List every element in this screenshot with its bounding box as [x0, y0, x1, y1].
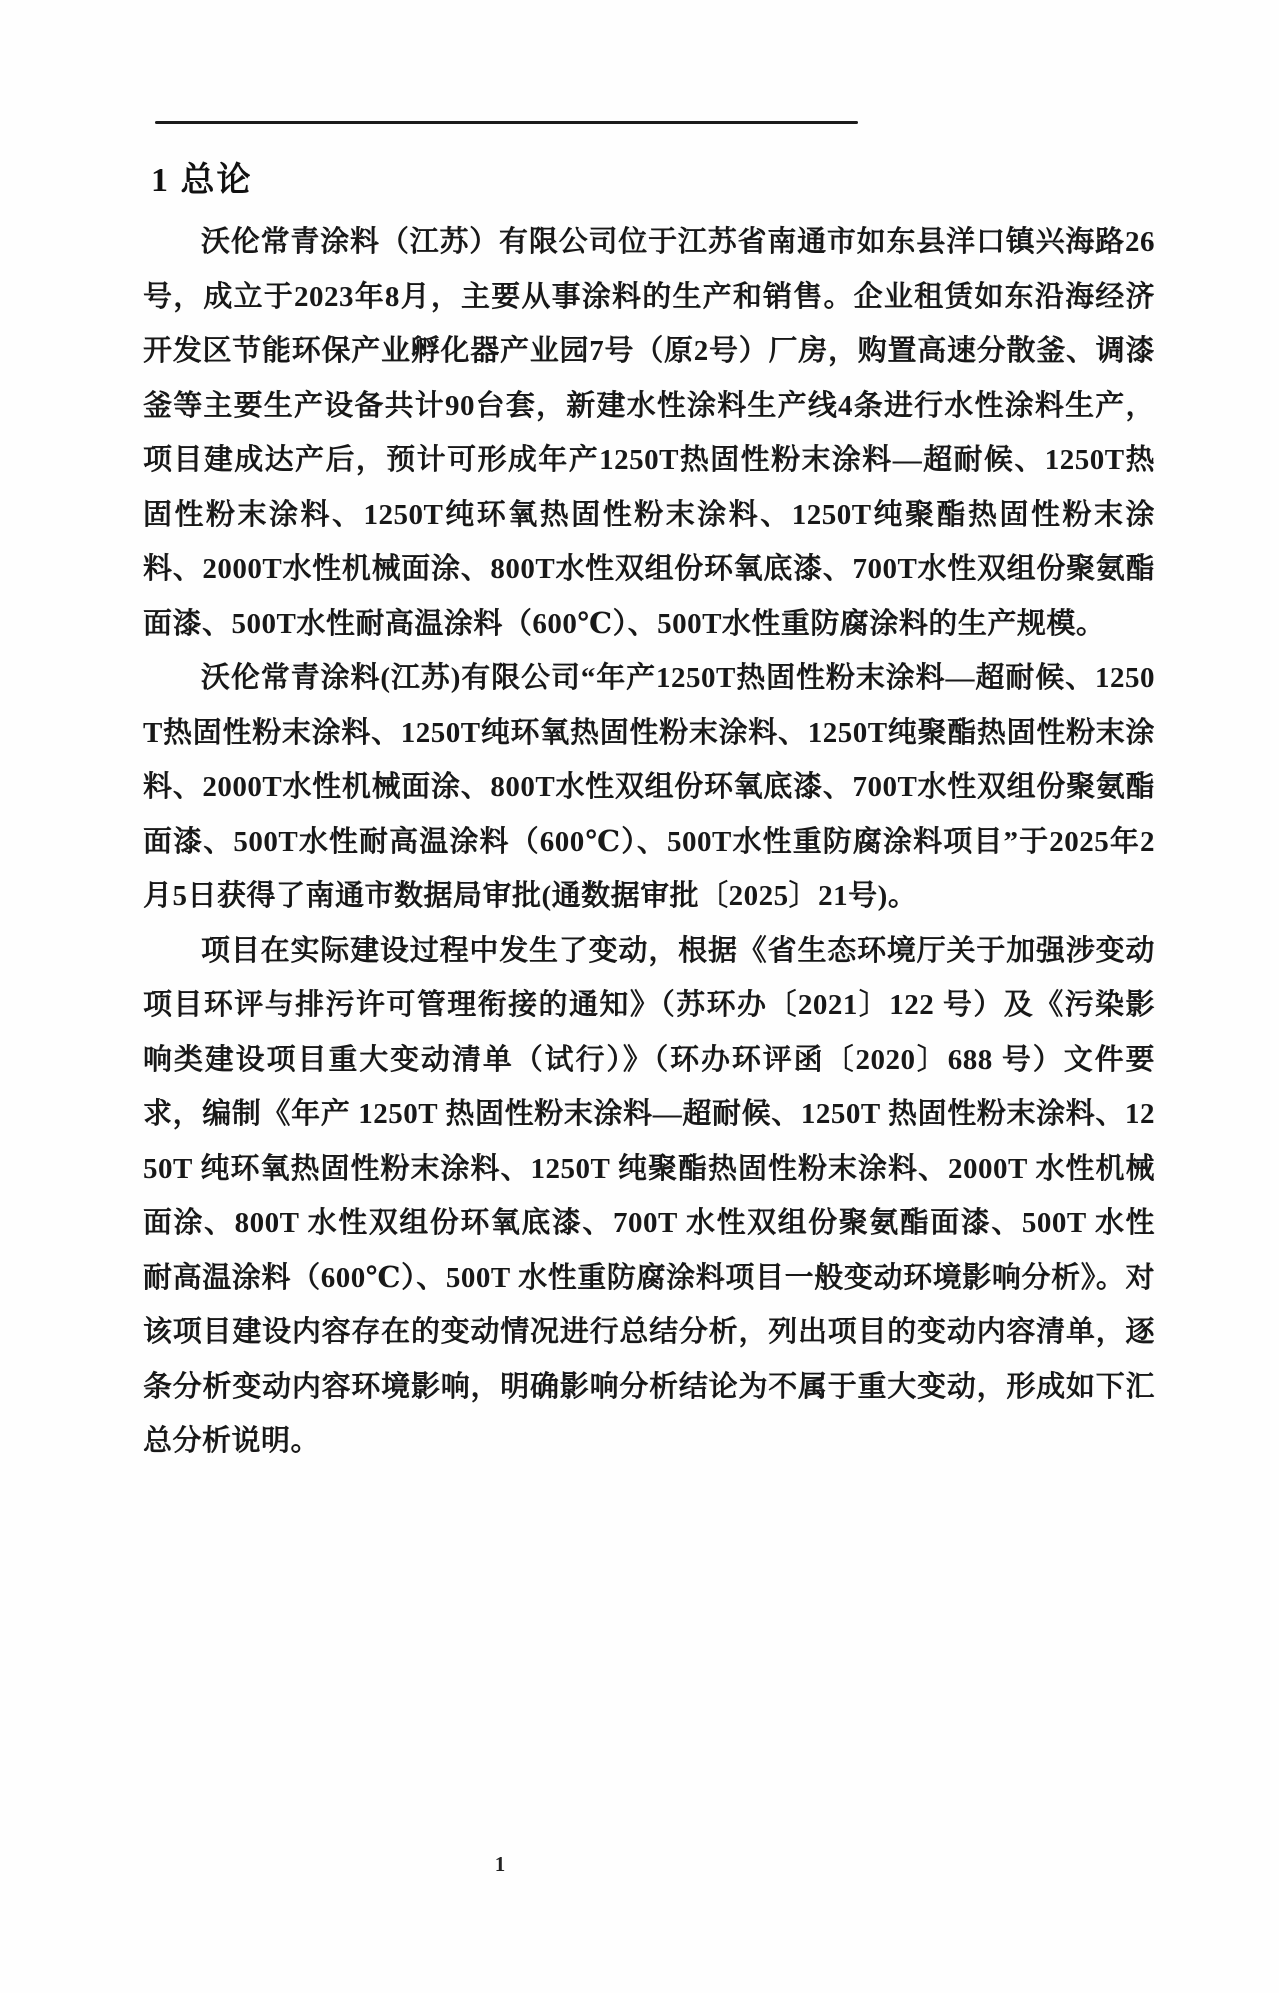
header-rule [155, 121, 858, 124]
document-content: 1 总论 沃伦常青涂料（江苏）有限公司位于江苏省南通市如东县洋口镇兴海路26号，… [143, 152, 1155, 1469]
paragraph-change-analysis: 项目在实际建设过程中发生了变动，根据《省生态环境厅关于加强涉变动项目环评与排污许… [143, 924, 1155, 1469]
paragraph-company-intro: 沃伦常青涂料（江苏）有限公司位于江苏省南通市如东县洋口镇兴海路26号，成立于20… [143, 215, 1155, 651]
paragraph-project-approval: 沃伦常青涂料(江苏)有限公司“年产1250T热固性粉末涂料—超耐候、1250T热… [143, 651, 1155, 924]
page-number: 1 [478, 1852, 522, 1877]
document-page: 1 总论 沃伦常青涂料（江苏）有限公司位于江苏省南通市如东县洋口镇兴海路26号，… [0, 0, 1279, 1993]
section-heading: 1 总论 [151, 152, 1155, 201]
